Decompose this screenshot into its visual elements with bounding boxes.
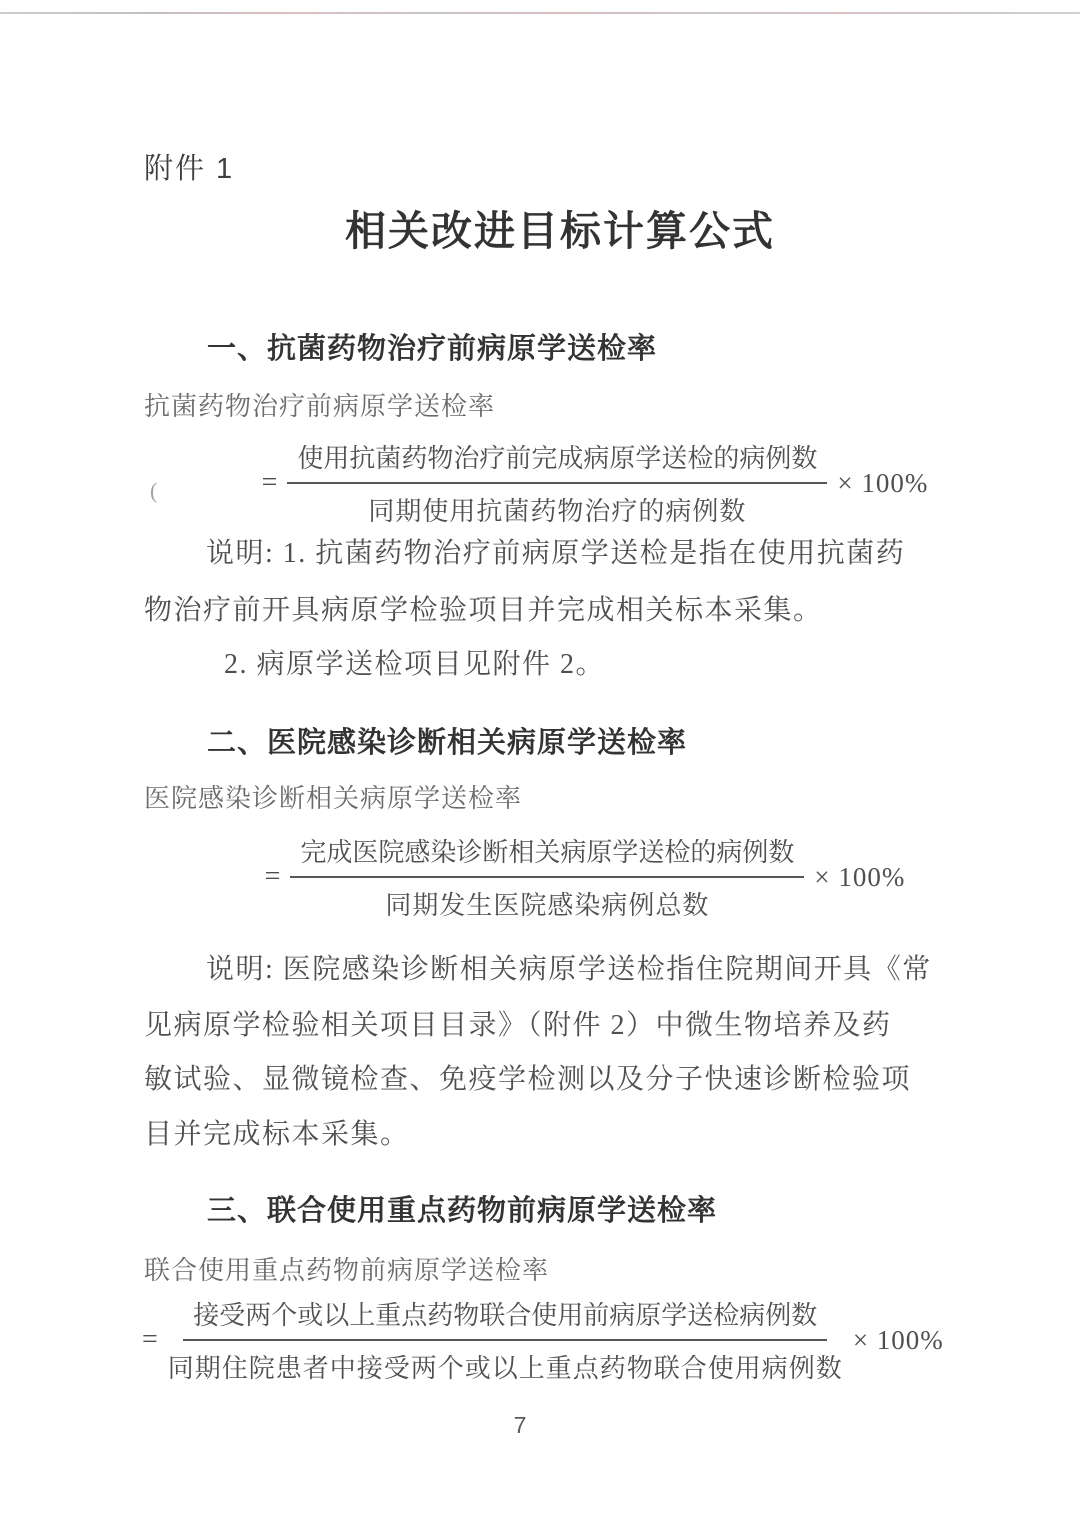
section-2-formula: = 完成医院感染诊断相关病原学送检的病例数 同期发生医院感染病例总数 × 100…: [45, 832, 1080, 922]
section-1-note-line: 2. 病原学送检项目见附件 2。: [224, 642, 605, 682]
section-1-note-line: 物治疗前开具病原学检验项目并完成相关标本采集。: [144, 588, 823, 628]
equals-sign: =: [262, 467, 278, 499]
section-3-metric-name: 联合使用重点药物前病原学送检率: [144, 1250, 549, 1287]
section-3-formula: = 接受两个或以上重点药物联合使用前病原学送检病例数 同期住院患者中接受两个或以…: [142, 1295, 1080, 1385]
scanned-document-page: 附件 1 相关改进目标计算公式 一、抗菌药物治疗前病原学送检率 抗菌药物治疗前病…: [0, 0, 1080, 1531]
section-3-heading: 三、联合使用重点药物前病原学送检率: [207, 1188, 717, 1229]
fraction: 完成医院感染诊断相关病原学送检的病例数 同期发生医院感染病例总数: [290, 832, 804, 922]
scan-edge-artifact-line: [0, 12, 1080, 14]
denominator: 同期住院患者中接受两个或以上重点药物联合使用病例数: [168, 1341, 843, 1385]
section-2-note-line: 见病原学检验相关项目目录》（附件 2）中微生物培养及药: [144, 1003, 892, 1043]
section-1-heading: 一、抗菌药物治疗前病原学送检率: [207, 326, 657, 367]
section-2-note-line: 目并完成标本采集。: [144, 1112, 410, 1152]
section-2-metric-name: 医院感染诊断相关病原学送检率: [144, 778, 522, 815]
numerator: 接受两个或以上重点药物联合使用前病原学送检病例数: [183, 1295, 827, 1341]
section-1-note-line: 说明: 1. 抗菌药物治疗前病原学送检是指在使用抗菌药: [206, 531, 905, 571]
document-title: 相关改进目标计算公式: [0, 198, 1080, 257]
equals-sign: =: [265, 861, 281, 893]
section-2-heading: 二、医院感染诊断相关病原学送检率: [207, 720, 687, 761]
section-1-formula: = 使用抗菌药物治疗前完成病原学送检的病例数 同期使用抗菌药物治疗的病例数 × …: [55, 438, 1080, 528]
equals-sign: =: [142, 1324, 158, 1356]
numerator: 完成医院感染诊断相关病原学送检的病例数: [290, 832, 804, 878]
fraction: 接受两个或以上重点药物联合使用前病原学送检病例数 同期住院患者中接受两个或以上重…: [168, 1295, 843, 1385]
denominator: 同期使用抗菌药物治疗的病例数: [368, 484, 746, 528]
fraction: 使用抗菌药物治疗前完成病原学送检的病例数 同期使用抗菌药物治疗的病例数: [287, 438, 827, 528]
section-2-note-line: 敏试验、显微镜检查、免疫学检测以及分子快速诊断检验项: [144, 1057, 911, 1097]
multiplier: × 100%: [853, 1325, 944, 1356]
attachment-label: 附件 1: [144, 146, 234, 187]
numerator: 使用抗菌药物治疗前完成病原学送检的病例数: [287, 438, 827, 484]
section-1-metric-name: 抗菌药物治疗前病原学送检率: [144, 386, 495, 423]
multiplier: × 100%: [814, 862, 905, 893]
denominator: 同期发生医院感染病例总数: [385, 878, 709, 922]
section-2-note-line: 说明: 医院感染诊断相关病原学送检指住院期间开具《常: [206, 947, 932, 987]
page-number: 7: [0, 1412, 1080, 1439]
multiplier: × 100%: [837, 468, 928, 499]
